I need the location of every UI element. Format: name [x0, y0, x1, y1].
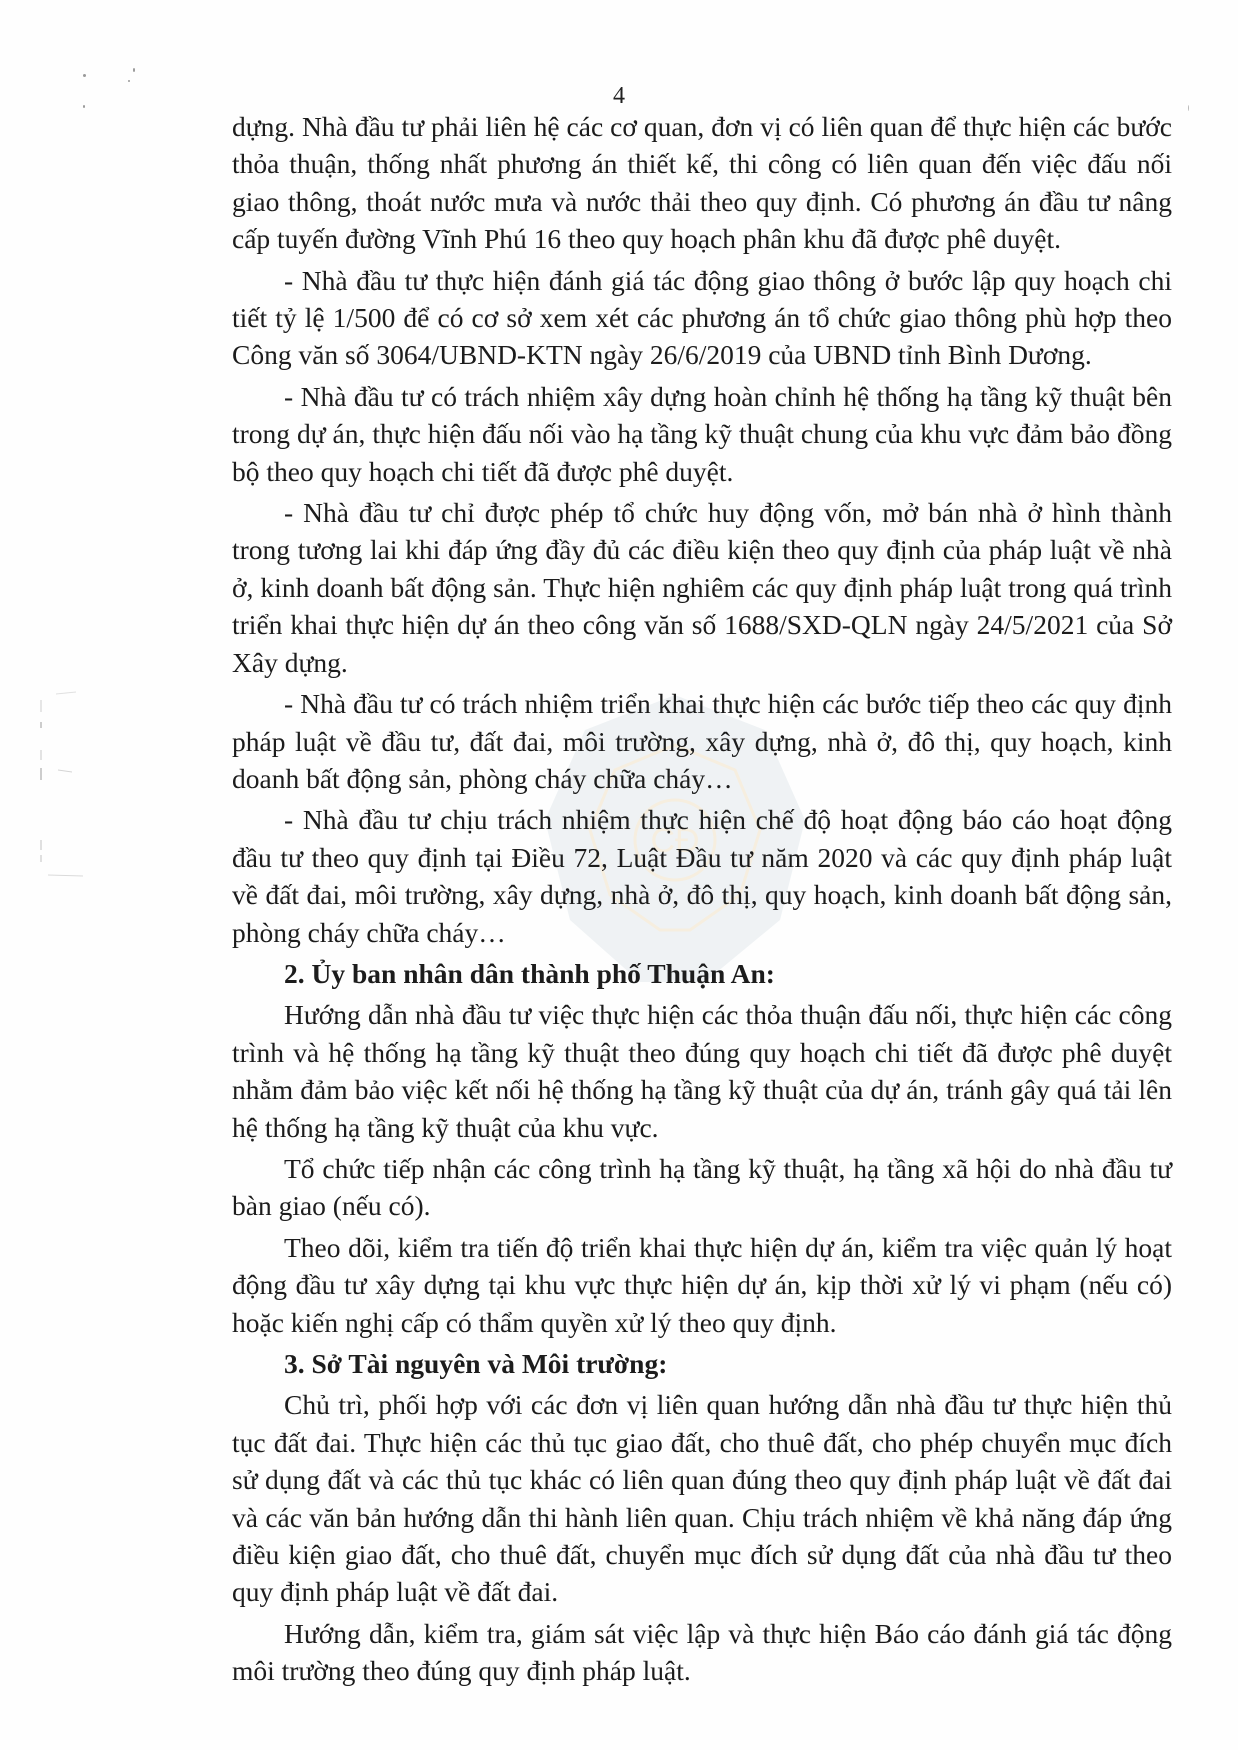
- paragraph-land-procedures: Chủ trì, phối hợp với các đơn vị liên qu…: [232, 1386, 1172, 1610]
- paragraph-connection-guidance: Hướng dẫn nhà đầu tư việc thực hiện các …: [232, 996, 1172, 1146]
- paragraph-environmental-report: Hướng dẫn, kiểm tra, giám sát việc lập v…: [232, 1615, 1172, 1690]
- bullet-traffic-impact: - Nhà đầu tư thực hiện đánh giá tác động…: [232, 262, 1172, 374]
- paragraph-handover: Tổ chức tiếp nhận các công trình hạ tầng…: [232, 1150, 1172, 1225]
- document-body: dựng. Nhà đầu tư phải liên hệ các cơ qua…: [232, 108, 1172, 1694]
- paragraph-continuation: dựng. Nhà đầu tư phải liên hệ các cơ qua…: [232, 108, 1172, 258]
- margin-marks: [38, 690, 88, 890]
- section-heading-natural-resources: 3. Sở Tài nguyên và Môi trường:: [232, 1345, 1172, 1382]
- bullet-reporting: - Nhà đầu tư chịu trách nhiệm thực hiện …: [232, 801, 1172, 951]
- bullet-capital-mobilization: - Nhà đầu tư chỉ được phép tổ chức huy đ…: [232, 494, 1172, 681]
- section-heading-thuan-an: 2. Ủy ban nhân dân thành phố Thuận An:: [232, 955, 1172, 992]
- page-number: 4: [0, 82, 1238, 110]
- bullet-next-steps: - Nhà đầu tư có trách nhiệm triển khai t…: [232, 685, 1172, 797]
- document-page: CĐ 4 dựng. Nhà đầu tư phải liên hệ các c…: [0, 0, 1238, 1750]
- paragraph-monitoring: Theo dõi, kiểm tra tiến độ triển khai th…: [232, 1229, 1172, 1341]
- bullet-infrastructure: - Nhà đầu tư có trách nhiệm xây dựng hoà…: [232, 378, 1172, 490]
